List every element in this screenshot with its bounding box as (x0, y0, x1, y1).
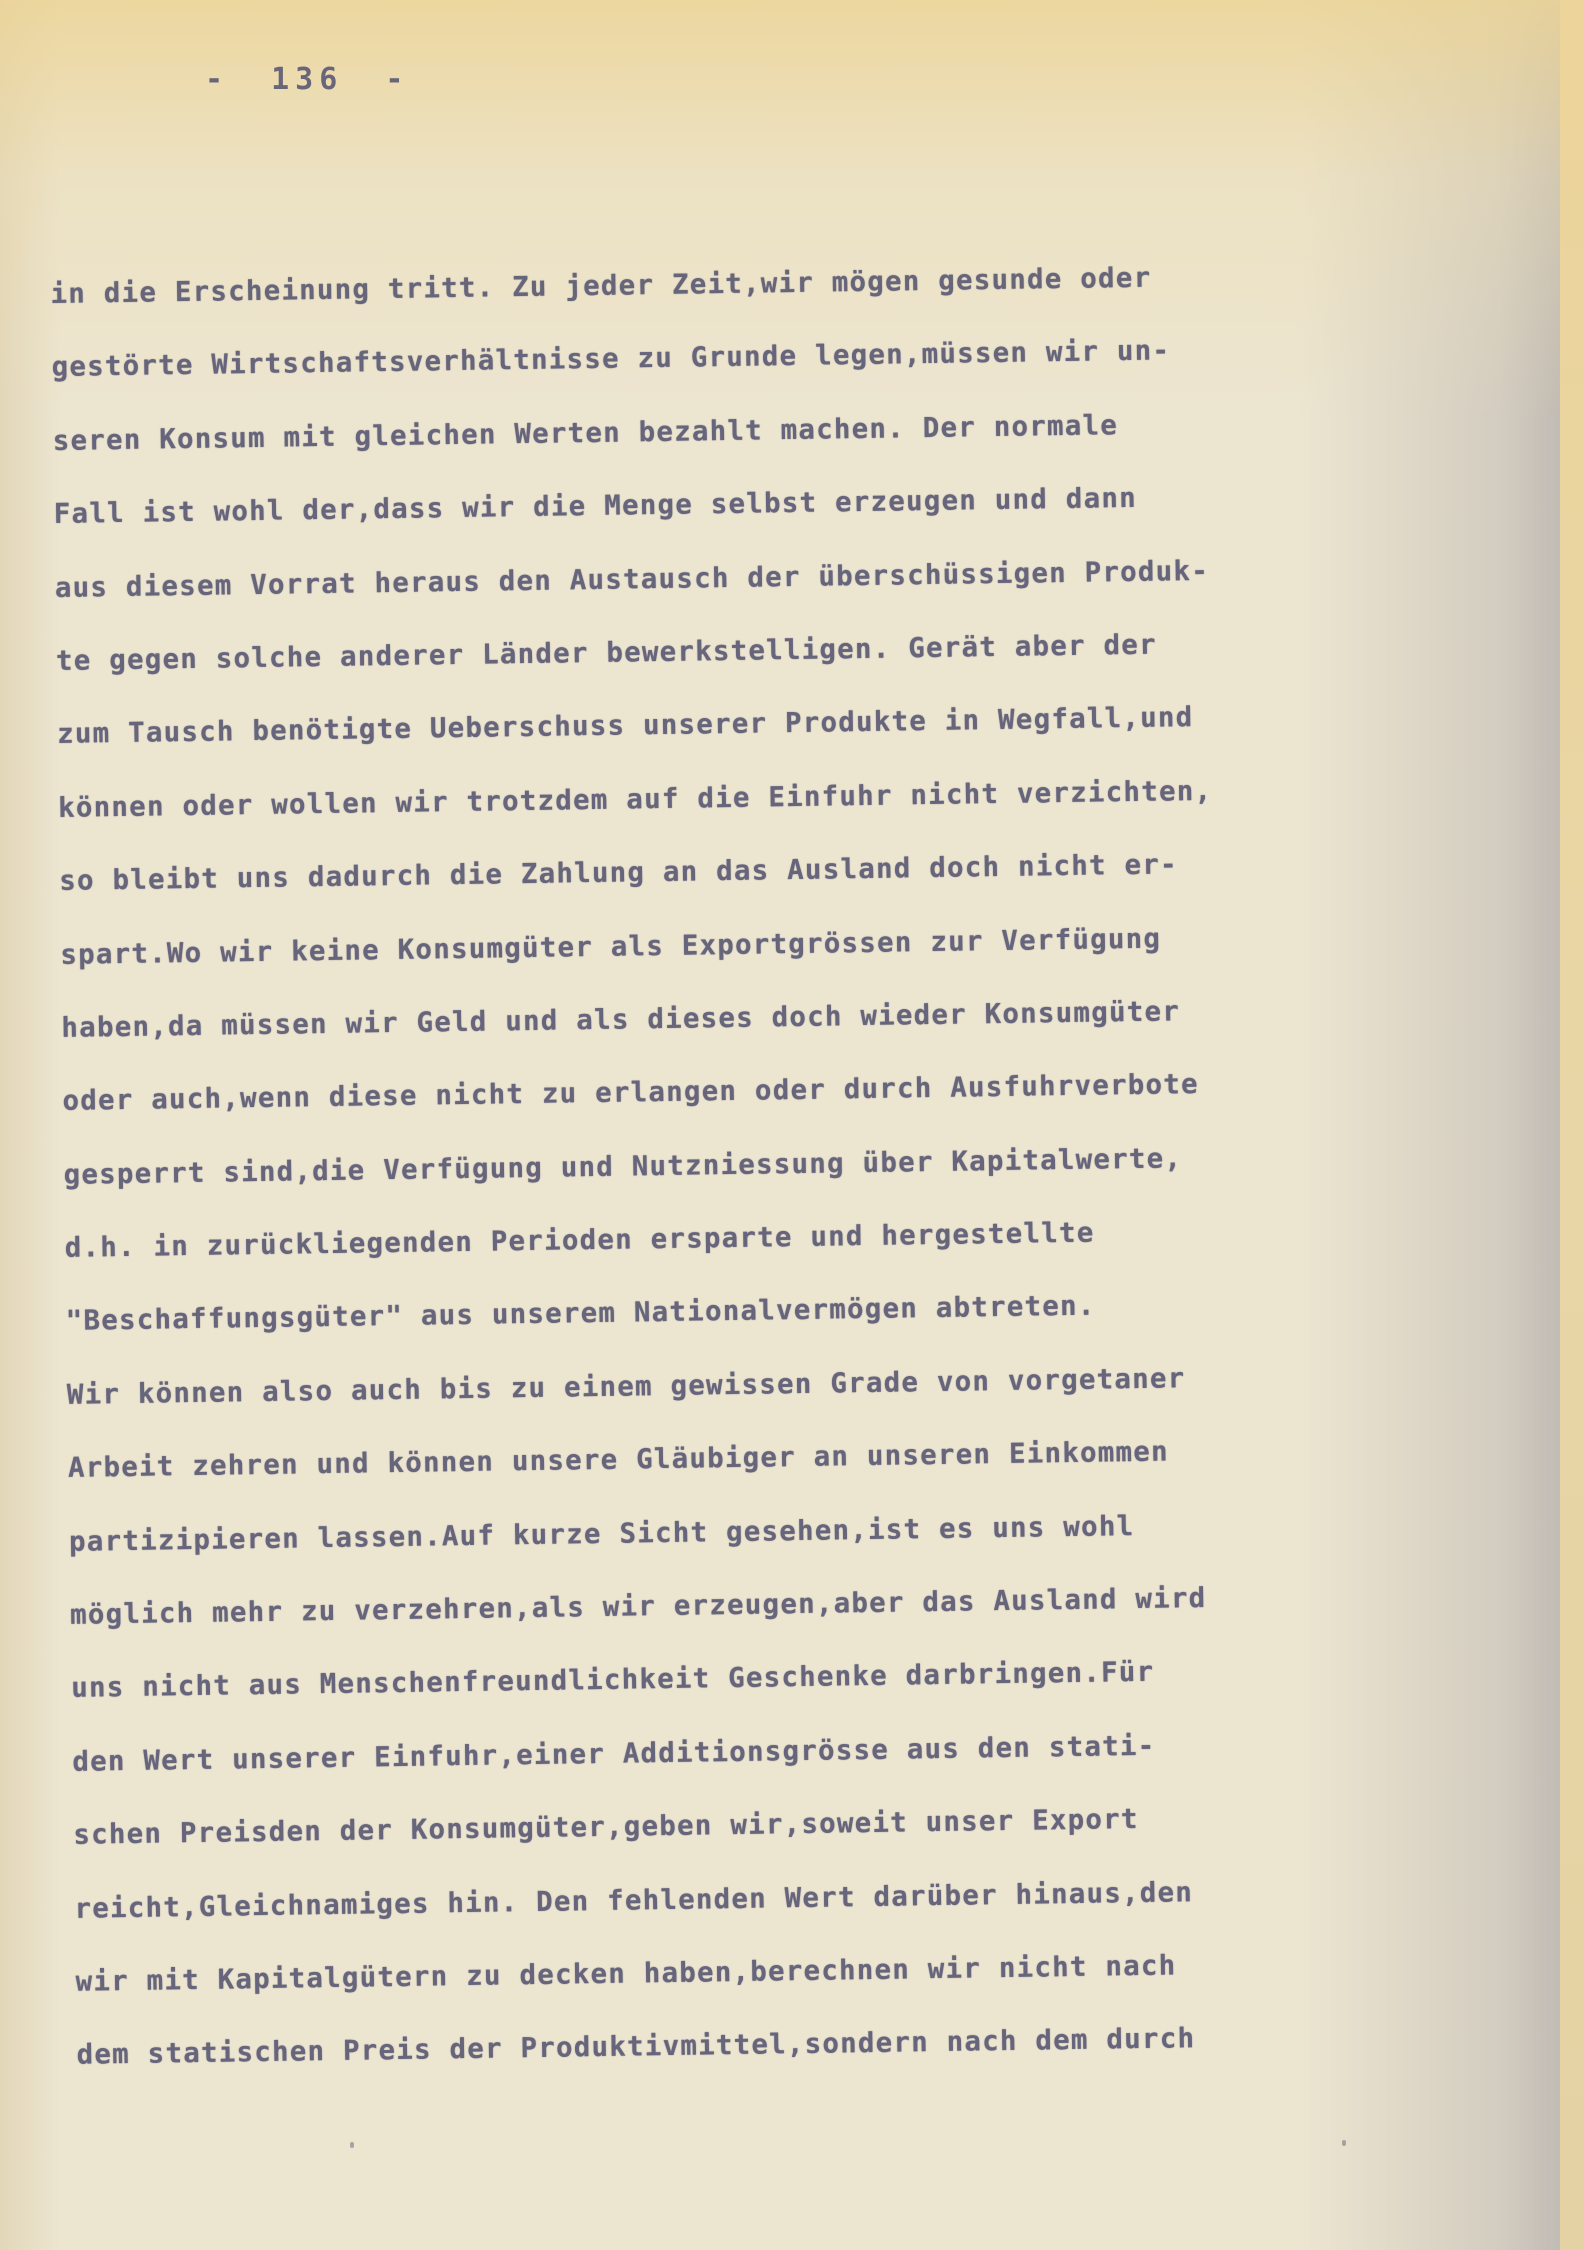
page-number: - 136 - (205, 62, 409, 97)
ink-speck (1342, 2140, 1346, 2146)
page-edge (1560, 0, 1584, 2250)
ink-speck (350, 2142, 354, 2148)
typewritten-page: - 136 - in die Erscheinung tritt. Zu jed… (0, 0, 1560, 2250)
body-text: in die Erscheinung tritt. Zu jeder Zeit,… (50, 236, 1557, 2093)
